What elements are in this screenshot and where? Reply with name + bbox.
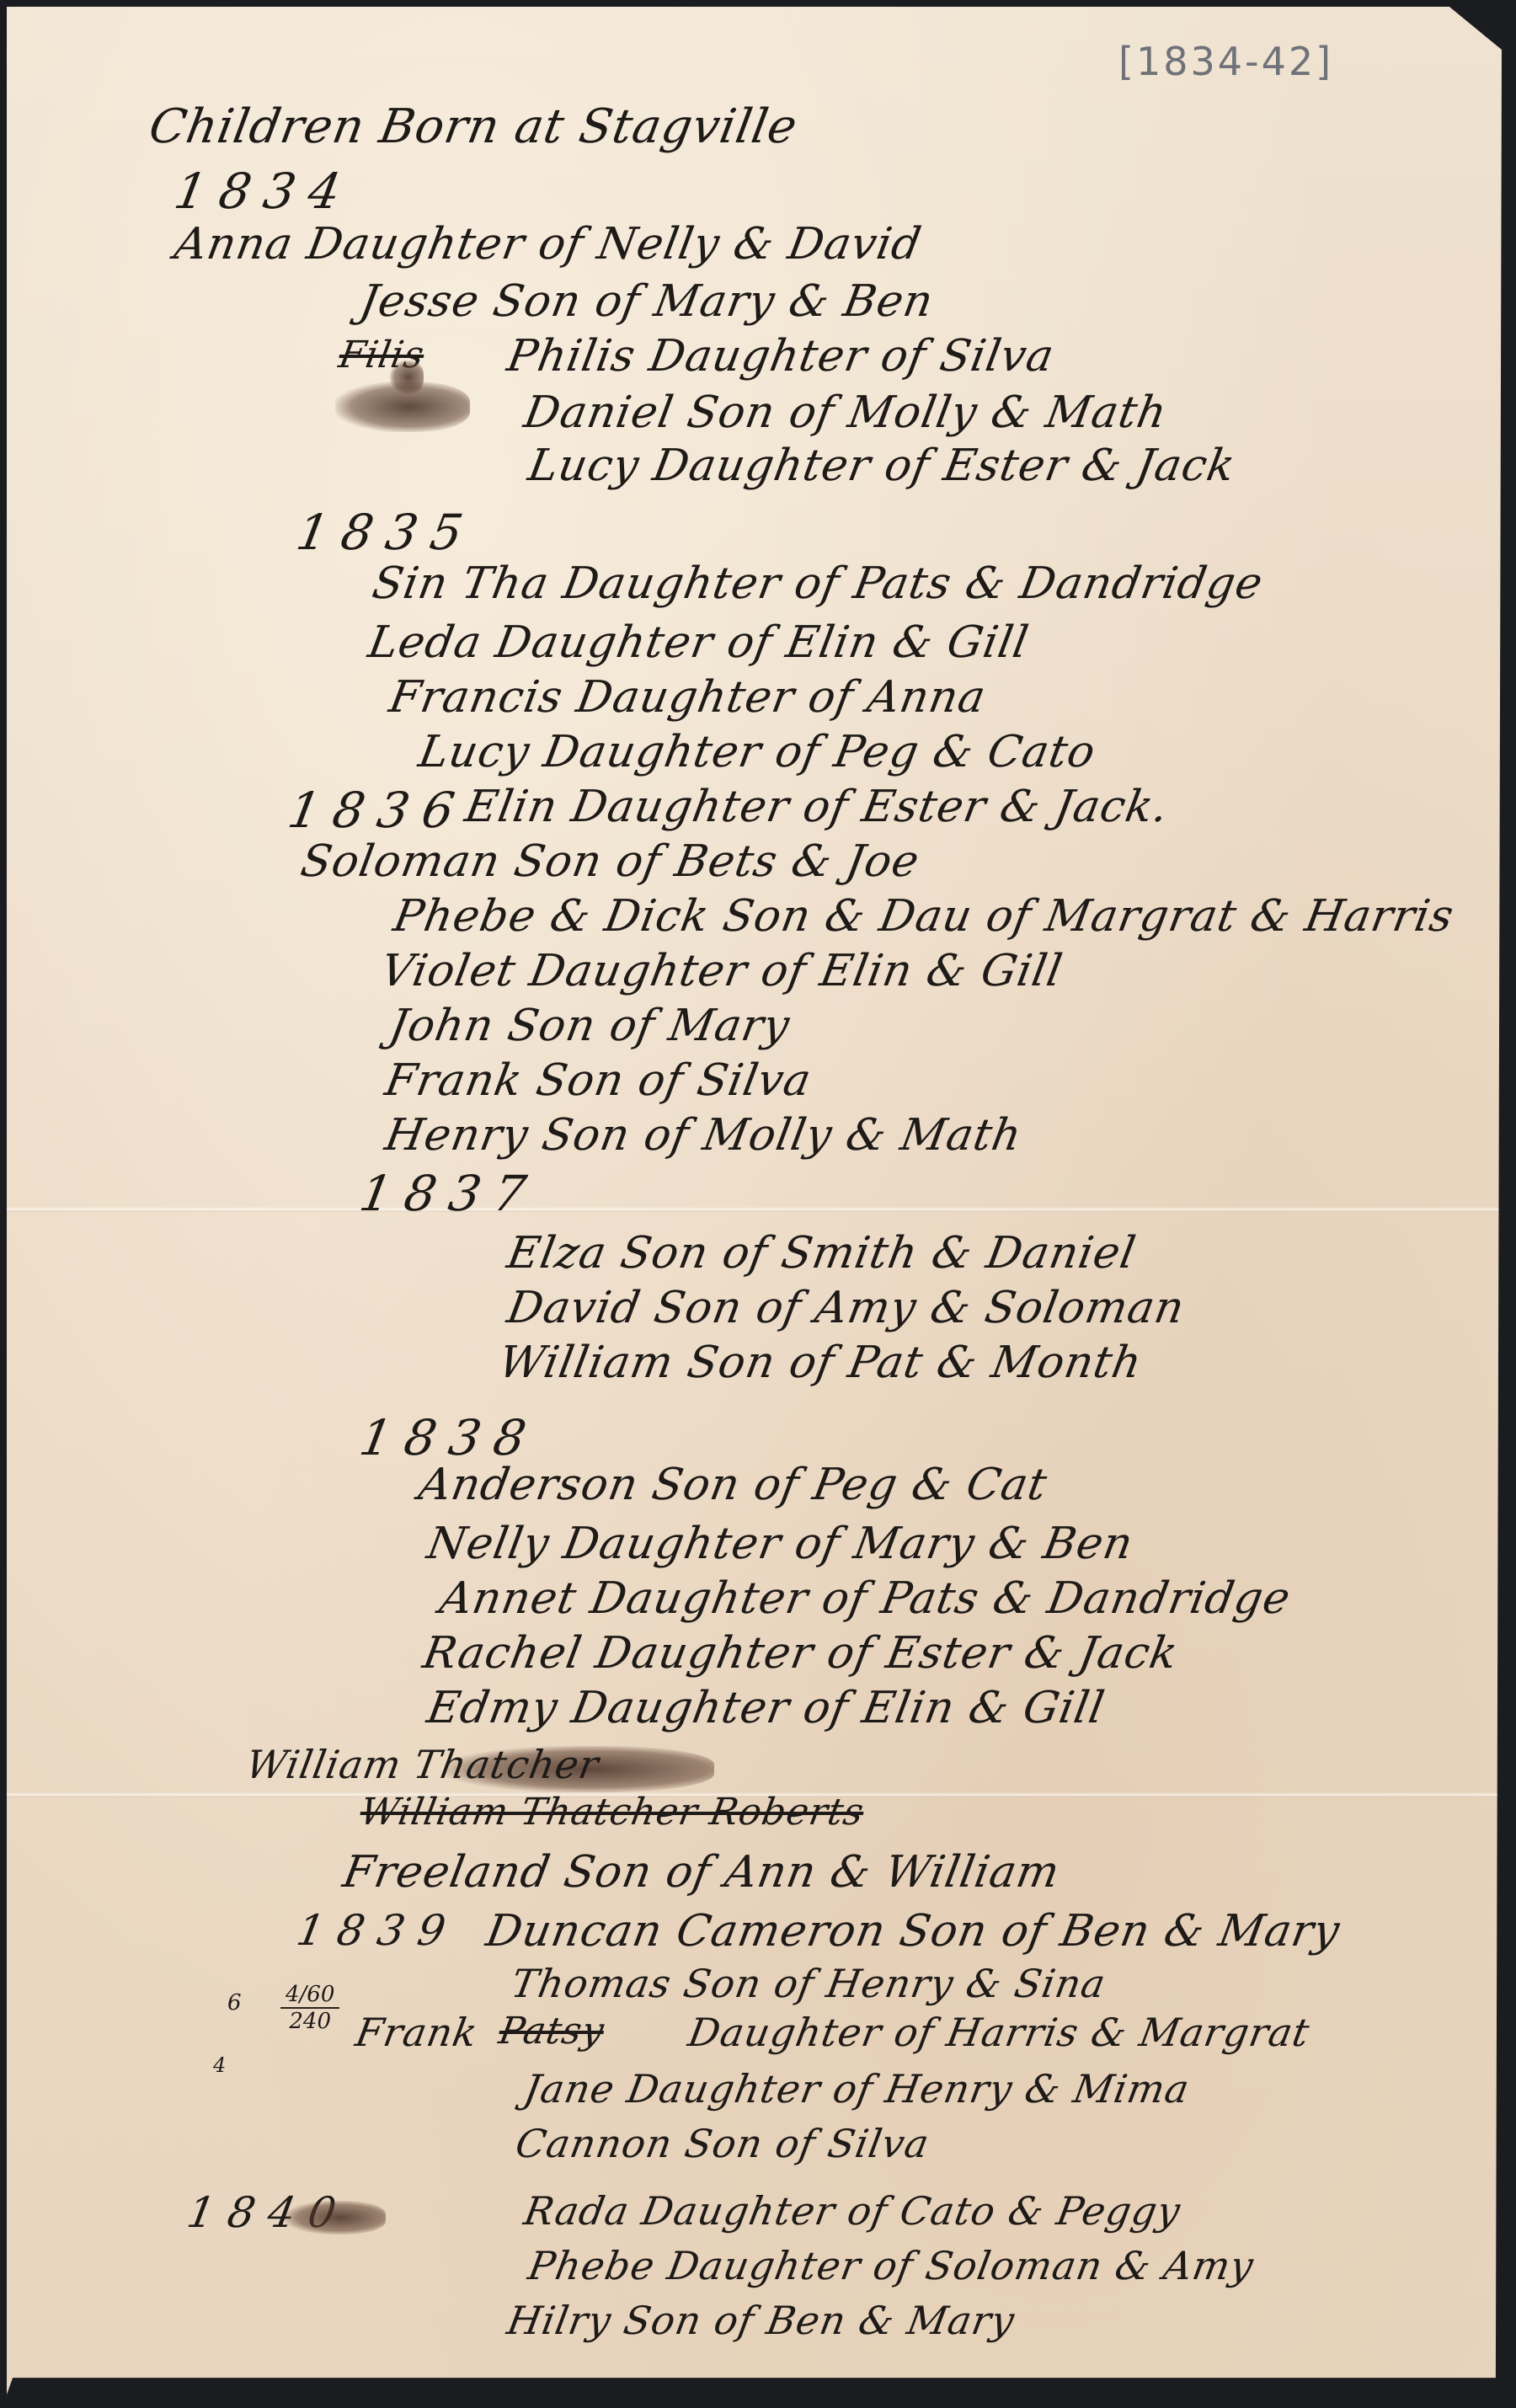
entry: Annet Daughter of Pats & Dandridge [436, 1573, 1294, 1624]
smudged-entry: William Thatcher [243, 1742, 602, 1787]
year-heading-1835: 1835 [292, 504, 481, 561]
struck-entry: William Thatcher Roberts [357, 1791, 867, 1834]
entry: Rada Daughter of Cato & Peggy [520, 2188, 1184, 2234]
entry: John Son of Mary [386, 1001, 794, 1051]
entry: Daughter of Harris & Margrat [685, 2010, 1313, 2055]
archival-date-annotation: [1834-42] [1118, 39, 1333, 84]
entry-prefix: Frank [352, 2010, 481, 2055]
entry: Jesse Son of Mary & Ben [356, 276, 937, 327]
entry: Elza Son of Smith & Daniel [504, 1228, 1140, 1279]
entry: Phebe & Dick Son & Dau of Margrat & Harr… [390, 891, 1458, 942]
entry: Jane Daughter of Henry & Mima [520, 2066, 1193, 2112]
entry: William Son of Pat & Month [495, 1337, 1146, 1388]
entry: Lucy Daughter of Peg & Cato [415, 727, 1100, 777]
entry: Francis Daughter of Anna [386, 672, 990, 723]
entry: Lucy Daughter of Ester & Jack [525, 440, 1240, 491]
entry: Nelly Daughter of Mary & Ben [424, 1519, 1137, 1569]
ink-smudge [285, 2201, 386, 2234]
fraction-numerator: 4/60 [280, 1982, 339, 2009]
year-heading-1839: 1839 [293, 1906, 462, 1955]
year-heading-1834: 1834 [170, 163, 359, 220]
entry: Sin Tha Daughter of Pats & Dandridge [369, 558, 1268, 609]
entry: Elin Daughter of Ester & Jack. [462, 782, 1172, 832]
entry: Edmy Daughter of Elin & Gill [424, 1683, 1109, 1733]
margin-mark: 4 [213, 2053, 226, 2077]
manuscript-page: [1834-42] Children Born at Stagville 183… [7, 7, 1502, 2395]
struck-name: Patsy [496, 2010, 608, 2053]
entry: Anderson Son of Peg & Cat [415, 1460, 1051, 1510]
entry: David Son of Amy & Soloman [504, 1283, 1188, 1333]
entry: Duncan Cameron Son of Ben & Mary [483, 1906, 1344, 1957]
entry: Rachel Daughter of Ester & Jack [419, 1628, 1182, 1679]
year-heading-1837: 1837 [355, 1165, 544, 1222]
entry: Philis Daughter of Silva [504, 331, 1059, 382]
entry: Freeland Son of Ann & William [339, 1847, 1064, 1898]
entry: Phebe Daughter of Soloman & Amy [525, 2243, 1257, 2288]
entry: Frank Son of Silva [382, 1055, 815, 1106]
ink-blot [390, 360, 424, 394]
year-heading-1838: 1838 [355, 1409, 544, 1466]
year-heading-1836: 1836 [284, 782, 472, 839]
entry: Soloman Son of Bets & Joe [297, 836, 924, 887]
entry: Hilry Son of Ben & Mary [504, 2298, 1018, 2343]
entry: Henry Son of Molly & Math [382, 1110, 1026, 1161]
margin-fraction: 4/60 240 [280, 1982, 339, 2034]
entry: Leda Daughter of Elin & Gill [365, 617, 1033, 668]
entry: Daniel Son of Molly & Math [520, 387, 1172, 438]
entry: Anna Daughter of Nelly & David [171, 219, 926, 270]
document-title: Children Born at Stagville [145, 99, 802, 154]
entry: Cannon Son of Silva [512, 2121, 932, 2166]
fraction-denominator: 240 [280, 2009, 339, 2034]
entry: Violet Daughter of Elin & Gill [377, 946, 1067, 996]
page-fold-line [7, 1207, 1502, 1212]
entry: Thomas Son of Henry & Sina [508, 1961, 1109, 2006]
margin-mark: 6 [227, 1990, 242, 2016]
